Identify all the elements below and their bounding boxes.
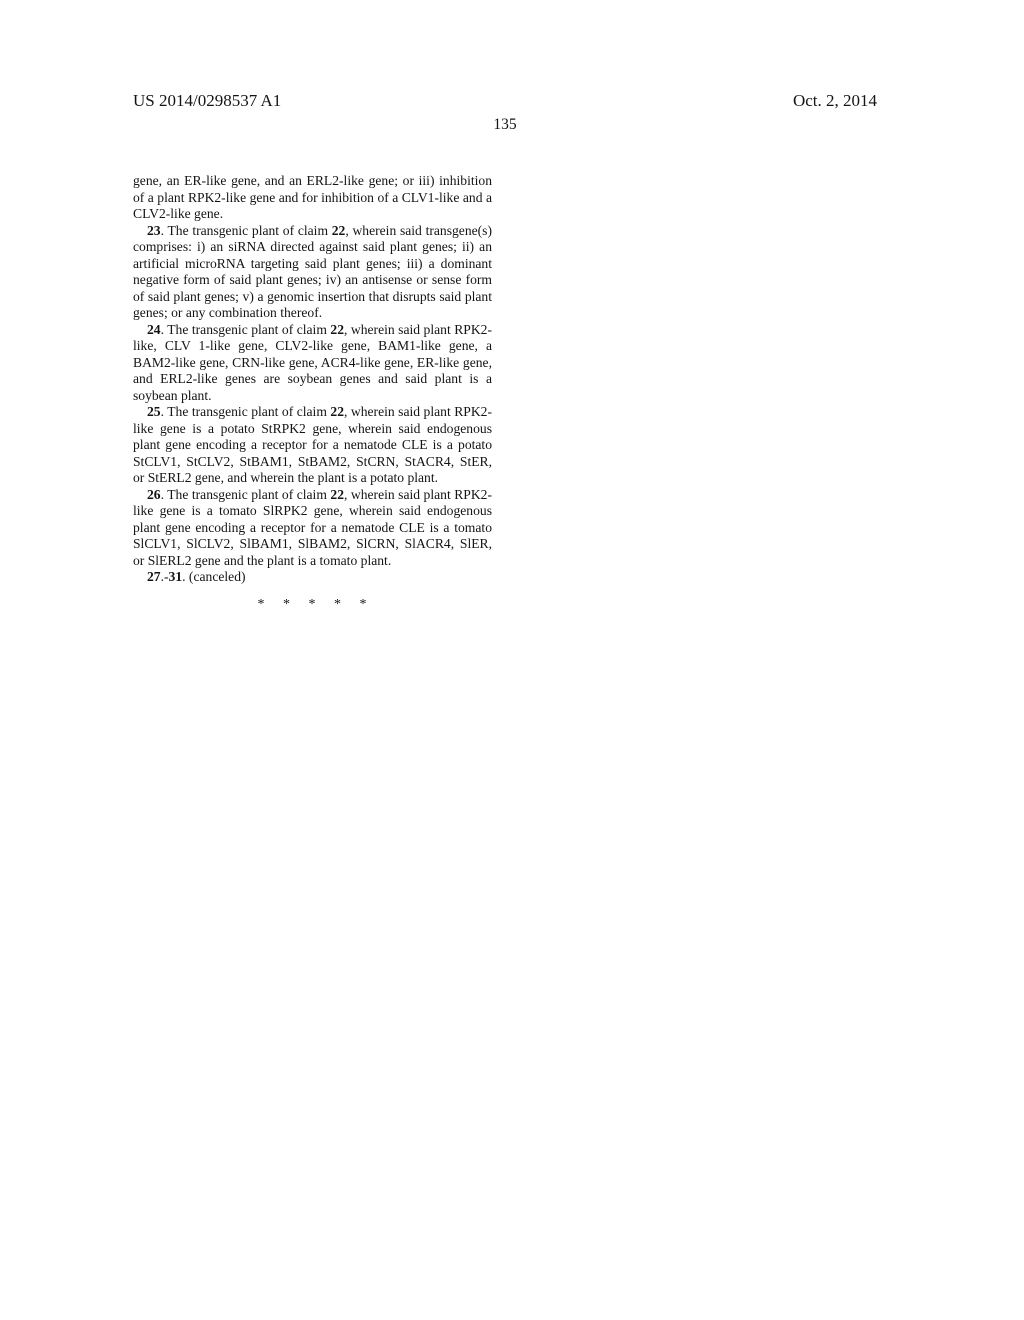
claim-24: 24. The transgenic plant of claim 22, wh… <box>133 322 492 405</box>
cancelled-range-start: 27 <box>147 569 161 584</box>
cancelled-range-separator: .- <box>161 569 169 584</box>
page-number: 135 <box>133 116 877 134</box>
end-of-claims-marker: * * * * * <box>133 597 492 614</box>
cancelled-range-end: 31 <box>169 569 183 584</box>
claim-26-number: 26 <box>147 487 161 502</box>
claim-continuation-paragraph: gene, an ER-like gene, and an ERL2-like … <box>133 173 492 223</box>
claim-23: 23. The transgenic plant of claim 22, wh… <box>133 223 492 322</box>
claim-25: 25. The transgenic plant of claim 22, wh… <box>133 404 492 487</box>
claim-26-ref: 22 <box>330 487 344 502</box>
page-header: US 2014/0298537 A1 Oct. 2, 2014 <box>133 90 877 112</box>
claim-25-number: 25 <box>147 404 161 419</box>
publication-date: Oct. 2, 2014 <box>793 90 877 112</box>
cancelled-label: . (canceled) <box>182 569 245 584</box>
claim-24-pre: . The transgenic plant of claim <box>161 322 331 337</box>
claim-23-ref: 22 <box>332 223 346 238</box>
claim-24-ref: 22 <box>330 322 344 337</box>
claim-26-pre: . The transgenic plant of claim <box>161 487 331 502</box>
claim-continuation-text: gene, an ER-like gene, and an ERL2-like … <box>133 173 492 221</box>
claim-26: 26. The transgenic plant of claim 22, wh… <box>133 487 492 570</box>
claims-column: gene, an ER-like gene, and an ERL2-like … <box>133 173 492 613</box>
patent-page: US 2014/0298537 A1 Oct. 2, 2014 135 gene… <box>0 0 1024 1320</box>
claim-23-number: 23 <box>147 223 161 238</box>
claim-25-ref: 22 <box>330 404 344 419</box>
claim-24-number: 24 <box>147 322 161 337</box>
claim-25-pre: . The transgenic plant of claim <box>161 404 331 419</box>
claim-23-pre: . The transgenic plant of claim <box>161 223 332 238</box>
patent-publication-number: US 2014/0298537 A1 <box>133 90 281 112</box>
claims-27-31-cancelled: 27.-31. (canceled) <box>133 569 492 586</box>
